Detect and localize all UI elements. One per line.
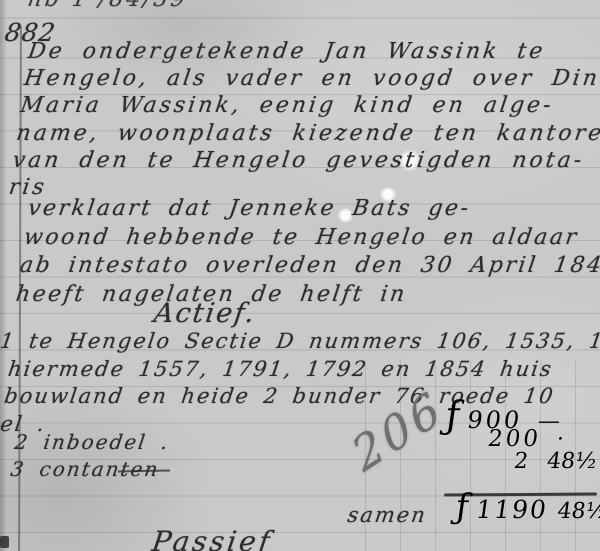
handwritten-line: De ondergetekende Jan Wassink te [26, 38, 600, 65]
paragraph-declaration: verklaart dat Jenneke Bats ge- woond heb… [14, 195, 600, 309]
handwritten-line: hiermede 1557, 1791, 1792 en 1854 huis [6, 356, 600, 384]
asset-item-inboedel: 2 inboedel . [13, 430, 171, 454]
handwritten-line: verklaart dat Jenneke Bats ge- [26, 195, 600, 224]
paragraph-declarant: De ondergetekende Jan Wassink te Hengelo… [7, 38, 600, 201]
total-label: samen [346, 503, 429, 527]
handwritten-line: Maria Wassink, eenig kind en alge- [19, 92, 600, 119]
handwritten-line: woond hebbende te Hengelo en aldaar [22, 224, 600, 253]
handwritten-line: van den te Hengelo gevestigden nota- [11, 147, 600, 174]
asset-item-contanten: 3 contanten [9, 457, 161, 481]
amount-row-3: 2 48½ [512, 449, 598, 474]
section-heading-passief: Passief [150, 525, 275, 551]
ink-blot [0, 536, 9, 548]
total-value: 1190 [474, 495, 550, 524]
handwritten-line: name, woonplaats kiezende ten kantore [15, 120, 600, 147]
handwritten-line: 1 te Hengelo Sectie D nummers 106, 1535,… [0, 328, 600, 356]
amount-cents: 48½ [545, 449, 598, 474]
section-heading-actief: Actief. [152, 298, 258, 329]
total-cents: 48½ [556, 499, 600, 524]
scanned-document-page: nb 1 /84/39 882 De ondergetekende Jan Wa… [0, 0, 600, 551]
handwritten-line: ab intestato overleden den 30 April 1847 [18, 252, 600, 281]
handwritten-line: heeft nagelaten de helft in [14, 281, 600, 310]
top-edge-fragment: nb 1 /84/39 [26, 0, 190, 12]
amount-value: 2 [512, 449, 533, 474]
handwritten-line: Hengelo, als vader en voogd over Dina [22, 65, 600, 92]
total-amount: ƒ 1190 48½ [454, 490, 600, 524]
